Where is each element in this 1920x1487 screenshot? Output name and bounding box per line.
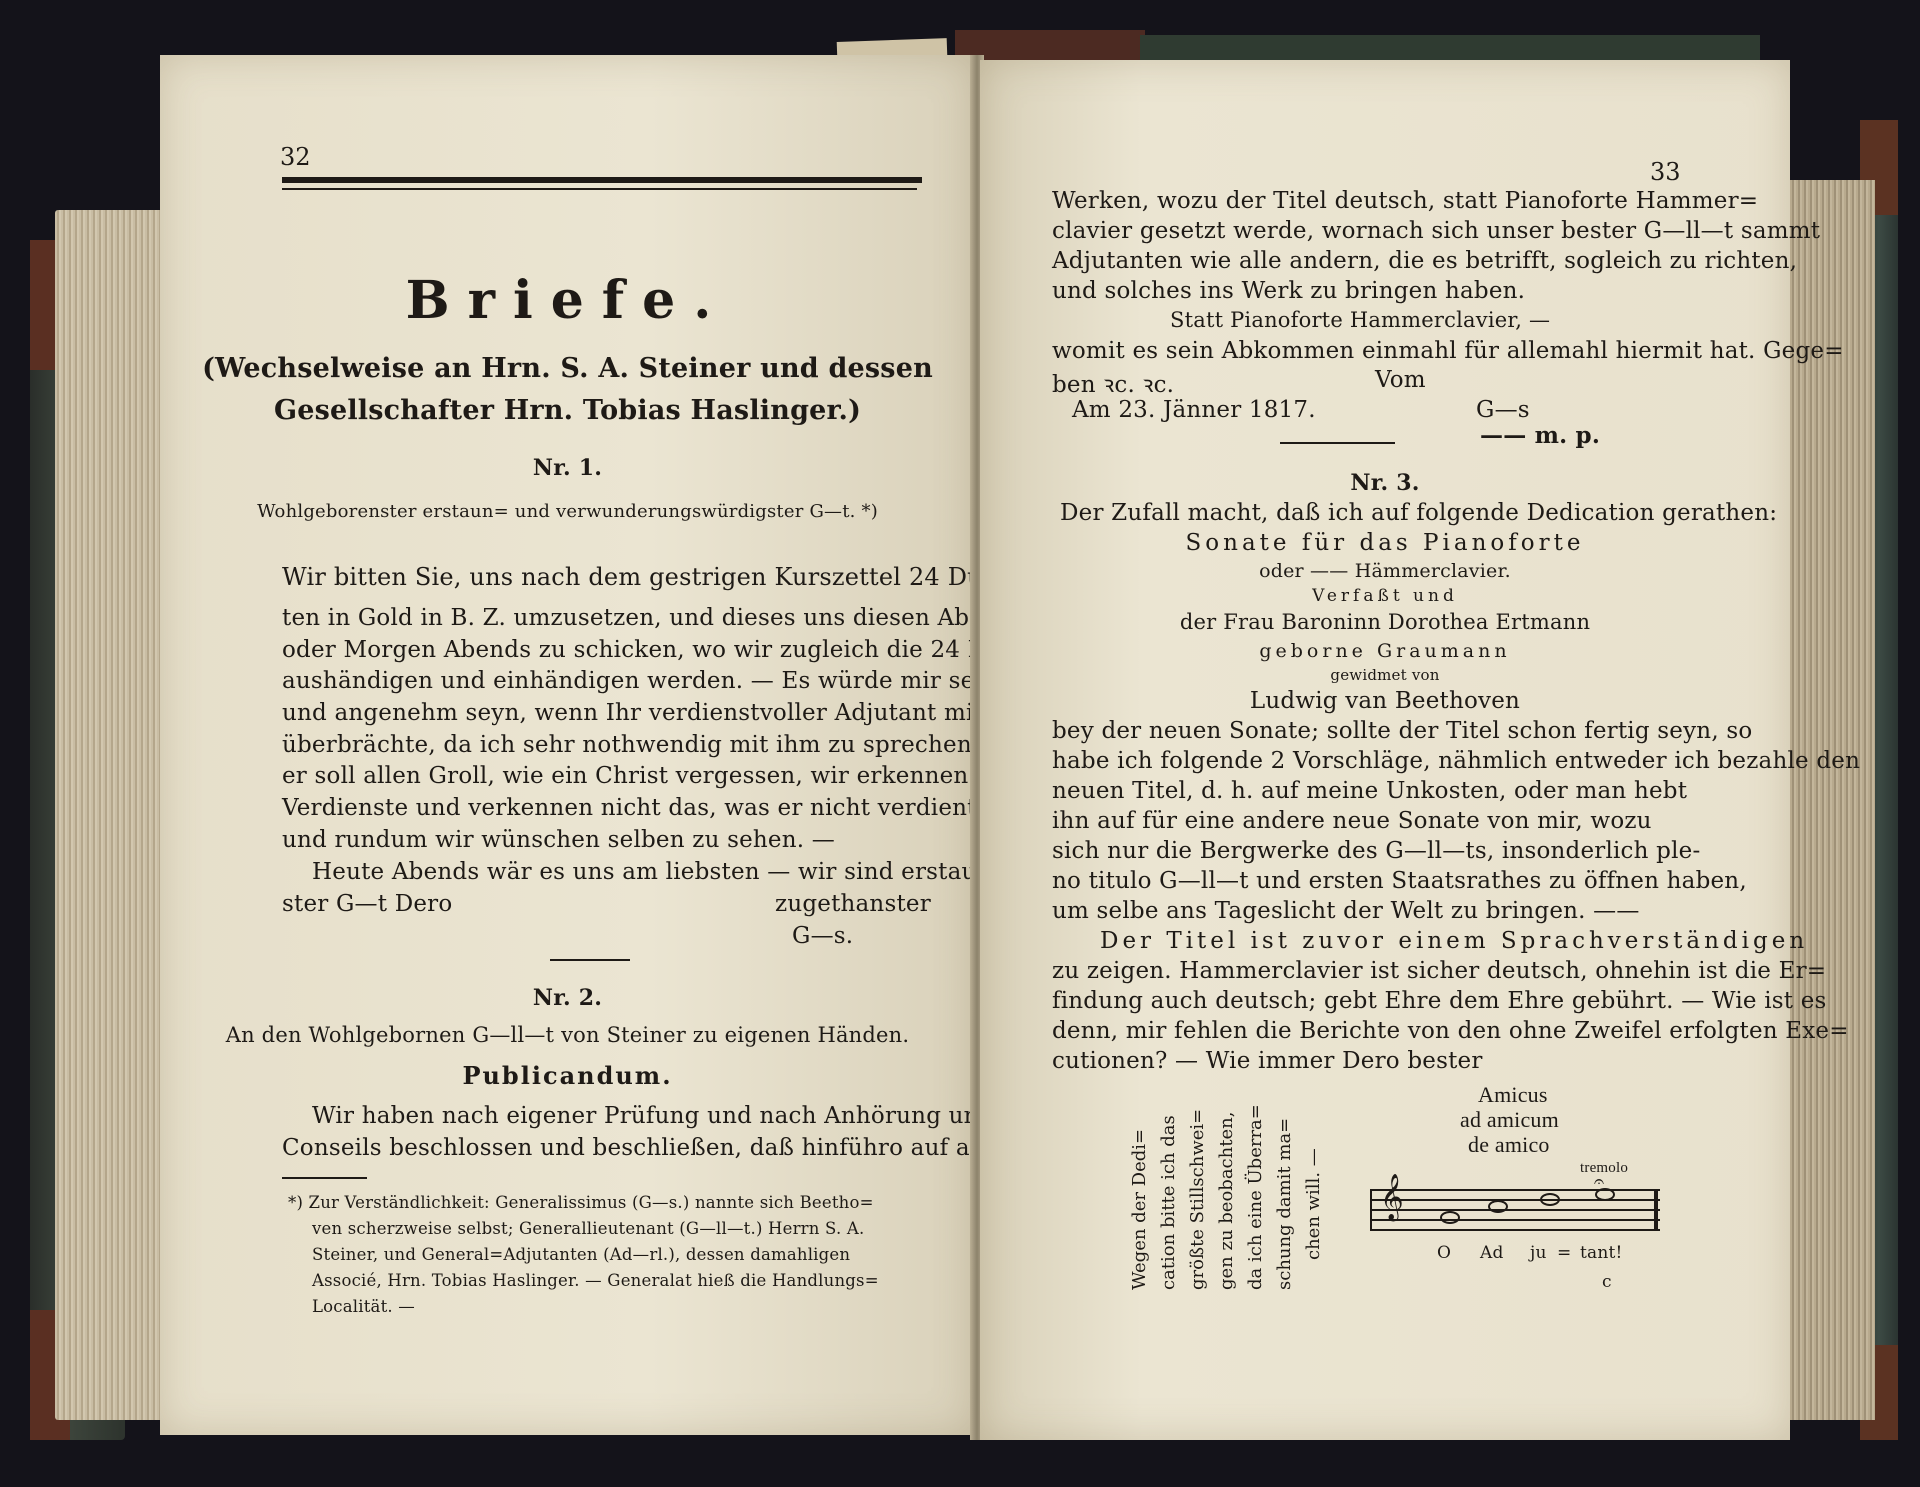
music-lyric: Ad bbox=[1480, 1243, 1504, 1263]
text-line: Heute Abends wär es uns am liebsten — wi… bbox=[312, 859, 1054, 885]
dedication-line: der Frau Baroninn Dorothea Ertmann bbox=[980, 610, 1790, 634]
text-line: Wir bitten Sie, uns nach dem gestrigen K… bbox=[282, 563, 1032, 591]
chapter-subtitle-2: Gesellschafter Hrn. Tobias Haslinger.) bbox=[160, 395, 975, 426]
text-line: ten in Gold in B. Z. umzusetzen, und die… bbox=[282, 605, 1013, 631]
signature-mp: —— m. p. bbox=[1480, 422, 1600, 449]
note-line: Wegen der Dedi= bbox=[1125, 1080, 1154, 1290]
text-line: bey der neuen Sonate; sollte der Titel s… bbox=[1052, 718, 1752, 744]
header-rule-thin bbox=[282, 188, 917, 190]
whole-note-icon bbox=[1440, 1211, 1460, 1224]
dedication-line: gewidmet von bbox=[980, 666, 1790, 684]
closing: zugethanster bbox=[775, 891, 931, 917]
text-line: er soll allen Groll, wie ein Christ verg… bbox=[282, 763, 1038, 789]
footnote-line: Associé, Hrn. Tobias Haslinger. — Genera… bbox=[312, 1271, 879, 1290]
footnote-line: ven scherzweise selbst; Generallieutenan… bbox=[312, 1219, 864, 1238]
amicus-line: ad amicum bbox=[1460, 1107, 1559, 1133]
page-number: 33 bbox=[1650, 158, 1681, 186]
footnote-line: Steiner, und General=Adjutanten (Ad—rl.)… bbox=[312, 1245, 850, 1264]
chapter-subtitle-1: (Wechselweise an Hrn. S. A. Steiner und … bbox=[160, 353, 975, 384]
treble-clef-icon: 𝄞 bbox=[1380, 1177, 1404, 1217]
text-line: oder Morgen Abends zu schicken, wo wir z… bbox=[282, 637, 1068, 663]
catchword: c bbox=[1602, 1272, 1612, 1292]
music-lyric: tant! bbox=[1580, 1243, 1623, 1263]
statt-line: Statt Pianoforte Hammerclavier, — bbox=[1170, 308, 1550, 332]
whole-note-icon bbox=[1540, 1193, 1560, 1206]
chapter-title: Briefe. bbox=[160, 270, 975, 331]
whole-note-icon bbox=[1488, 1200, 1508, 1213]
text-line: womit es sein Abkommen einmahl für allem… bbox=[1052, 338, 1844, 364]
text-line: und solches ins Werk zu bringen haben. bbox=[1052, 278, 1525, 304]
text-line: Der Titel ist zuvor einem Sprachverständ… bbox=[1100, 928, 1808, 954]
text-line: denn, mir fehlen die Berichte von den oh… bbox=[1052, 1018, 1849, 1044]
sideways-note: Wegen der Dedi= cation bitte ich das grö… bbox=[1125, 1080, 1345, 1290]
page-edges-left bbox=[55, 210, 165, 1420]
spine-cloth bbox=[1140, 35, 1760, 61]
text-line: und rundum wir wünschen selben zu sehen.… bbox=[282, 827, 835, 853]
tremolo-marking: tremolo bbox=[1580, 1160, 1628, 1177]
letter-3-number: Nr. 3. bbox=[980, 470, 1790, 496]
text-line: habe ich folgende 2 Vorschläge, nähmlich… bbox=[1052, 748, 1860, 774]
text-line: um selbe ans Tageslicht der Welt zu brin… bbox=[1052, 898, 1640, 924]
letter-1-number: Nr. 1. bbox=[160, 455, 975, 481]
text-line: sich nur die Bergwerke des G—ll—ts, inso… bbox=[1052, 838, 1700, 864]
section-divider bbox=[550, 959, 630, 961]
letter-2-number: Nr. 2. bbox=[160, 985, 975, 1011]
music-staff: 𝄞 𝄐 bbox=[1370, 1185, 1670, 1275]
letter-3-intro: Der Zufall macht, daß ich auf folgende D… bbox=[1060, 500, 1777, 526]
page-number: 32 bbox=[280, 143, 311, 171]
amicus-line: Amicus bbox=[1478, 1082, 1548, 1108]
text-line: Wir haben nach eigener Prüfung und nach … bbox=[312, 1103, 1028, 1129]
dedication-line: Ludwig van Beethoven bbox=[980, 688, 1790, 714]
footnote-rule bbox=[282, 1177, 367, 1179]
header-rule-thick bbox=[282, 177, 922, 183]
text-line: und angenehm seyn, wenn Ihr verdienstvol… bbox=[282, 700, 1080, 726]
dedication-line: Sonate für das Pianoforte bbox=[980, 530, 1790, 556]
note-line: chen will. — bbox=[1299, 1080, 1328, 1290]
text-line: ihn auf für eine andere neue Sonate von … bbox=[1052, 808, 1652, 834]
footnote-line: Localität. — bbox=[312, 1297, 415, 1316]
dedication-line: oder —— Hämmerclavier. bbox=[980, 560, 1790, 582]
dedication-line: Verfaßt und bbox=[980, 586, 1790, 606]
signature: G—s. bbox=[792, 923, 853, 949]
text-line: zu zeigen. Hammerclavier ist sicher deut… bbox=[1052, 958, 1826, 984]
text-line: Werken, wozu der Titel deutsch, statt Pi… bbox=[1052, 188, 1758, 214]
text-line: aushändigen und einhändigen werden. — Es… bbox=[282, 668, 1052, 694]
text-line: cutionen? — Wie immer Dero bester bbox=[1052, 1048, 1483, 1074]
text-line: neuen Titel, d. h. auf meine Unkosten, o… bbox=[1052, 778, 1687, 804]
note-line: da ich eine Überra= bbox=[1241, 1080, 1270, 1290]
left-page: 32 Briefe. (Wechselweise an Hrn. S. A. S… bbox=[160, 55, 975, 1435]
signature: G—s bbox=[1476, 397, 1530, 423]
letter-1-salutation: Wohlgeborenster erstaun= und verwunderun… bbox=[160, 501, 975, 522]
text-line: Adjutanten wie alle andern, die es betri… bbox=[1052, 248, 1797, 274]
text-line: findung auch deutsch; gebt Ehre dem Ehre… bbox=[1052, 988, 1827, 1014]
music-lyric: ju bbox=[1530, 1243, 1547, 1263]
text-line: ben ꝛc. ꝛc. bbox=[1052, 367, 1174, 399]
dedication-line: geborne Graumann bbox=[980, 640, 1790, 662]
text-line: no titulo G—ll—t und ersten Staatsrathes… bbox=[1052, 868, 1747, 894]
music-lyric: O bbox=[1437, 1243, 1451, 1263]
text-line: überbrächte, da ich sehr nothwendig mit … bbox=[282, 732, 1075, 758]
note-line: cation bitte ich das bbox=[1154, 1080, 1183, 1290]
note-line: schung damit ma= bbox=[1270, 1080, 1299, 1290]
page-edges-right bbox=[1790, 180, 1875, 1420]
text-line: clavier gesetzt werde, wornach sich unse… bbox=[1052, 218, 1820, 244]
text-line: Verdienste und verkennen nicht das, was … bbox=[282, 795, 1047, 821]
fermata-icon: 𝄐 bbox=[1594, 1171, 1604, 1192]
letter-2-address: An den Wohlgebornen G—ll—t von Steiner z… bbox=[160, 1023, 975, 1047]
text-line: ster G—t Dero bbox=[282, 891, 452, 917]
note-line: größte Stillschwei= bbox=[1183, 1080, 1212, 1290]
note-line: gen zu beobachten, bbox=[1212, 1080, 1241, 1290]
music-lyric: = bbox=[1557, 1243, 1571, 1263]
vom: Vom bbox=[1375, 367, 1426, 393]
footnote-line: *) Zur Verständlichkeit: Generalissimus … bbox=[288, 1193, 874, 1212]
letter-2-heading: Publicandum. bbox=[160, 1061, 975, 1090]
amicus-line: de amico bbox=[1468, 1132, 1550, 1158]
date: Am 23. Jänner 1817. bbox=[1072, 397, 1316, 423]
section-divider bbox=[1280, 442, 1395, 444]
